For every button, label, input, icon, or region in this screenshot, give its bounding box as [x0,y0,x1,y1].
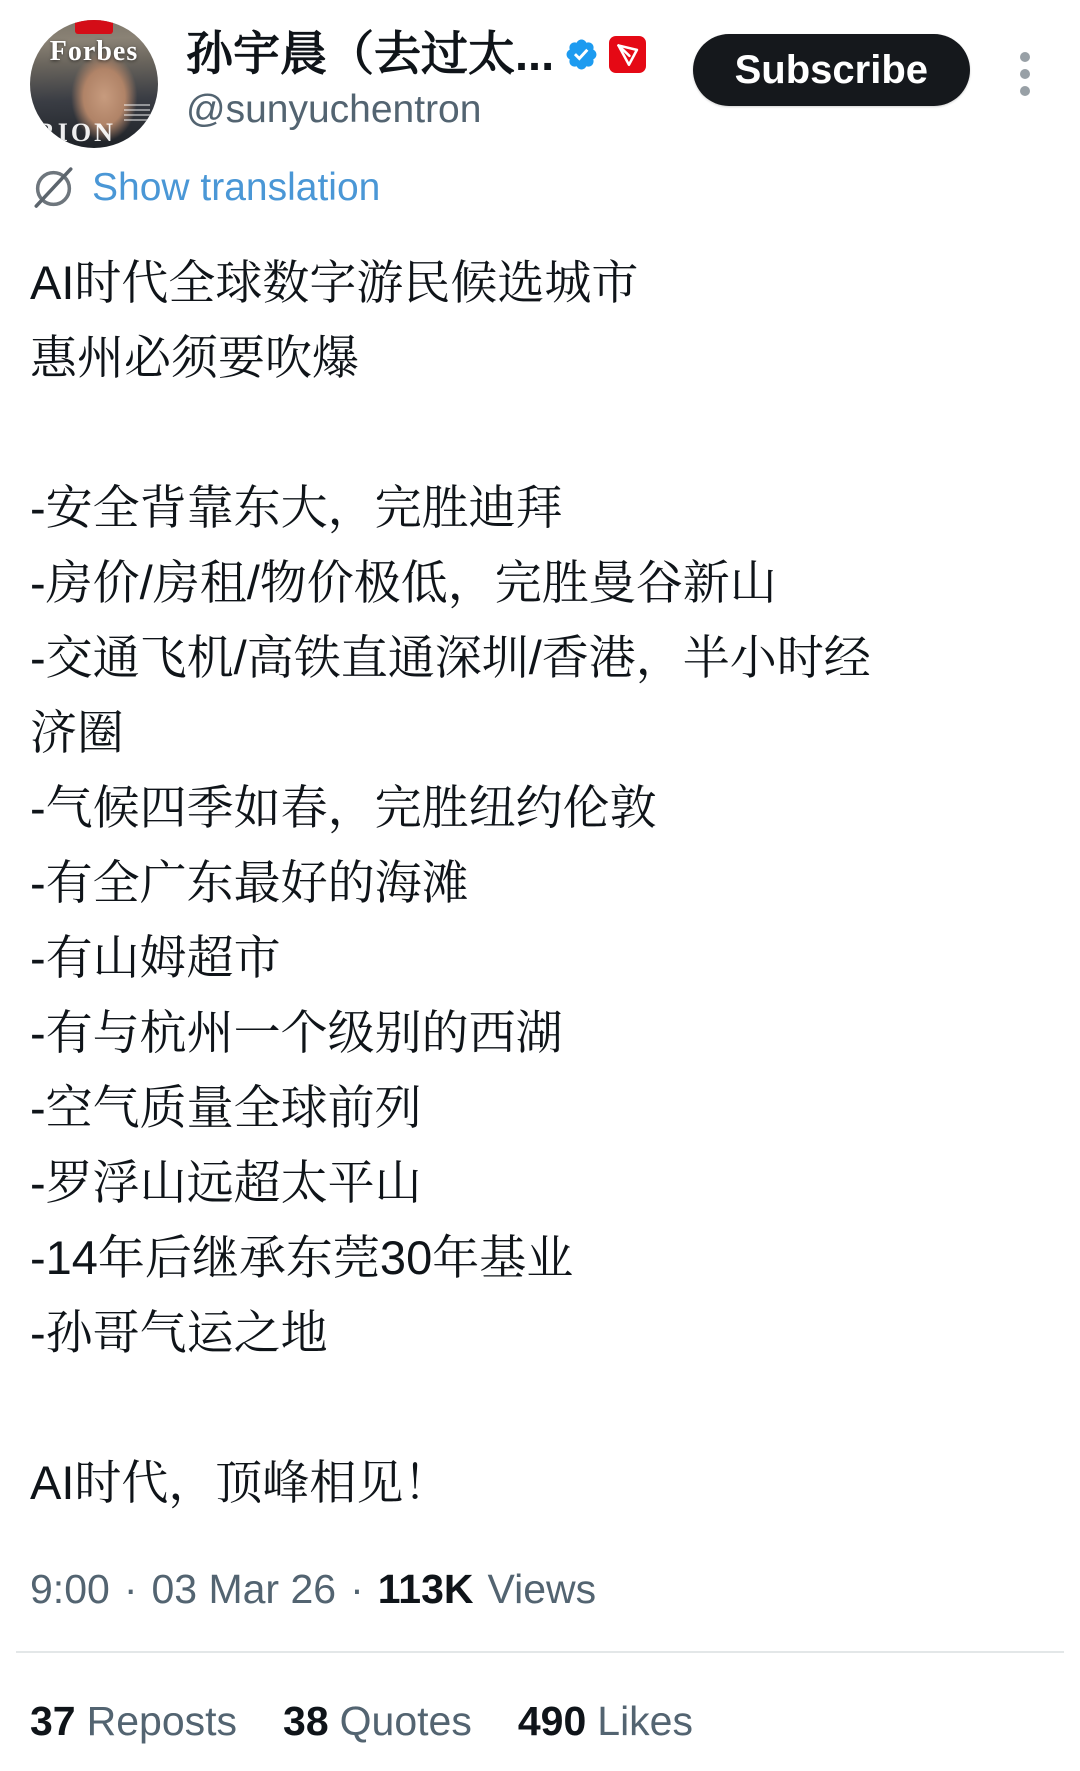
post-time: 9:00 [30,1565,110,1613]
views-count: 113K [378,1565,474,1613]
user-info: 孙宇晨（去过太... @sunyuchentron [186,20,646,133]
show-translation-link[interactable]: Show translation [30,164,1050,211]
forbes-logo-text: Forbes [30,36,158,68]
reposts-stat[interactable]: 37 Reposts [30,1697,237,1745]
more-dot [1020,69,1030,79]
post-date: 03 Mar 26 [151,1565,336,1613]
likes-label: Likes [597,1697,693,1745]
quotes-count: 38 [283,1697,329,1745]
show-translation-label: Show translation [92,164,380,211]
quotes-label: Quotes [340,1697,472,1745]
more-options-button[interactable] [1016,48,1034,100]
name-row: 孙宇晨（去过太... [186,26,646,82]
tweet-text: AI时代全球数字游民候选城市 惠州必须要吹爆 -安全背靠东大，完胜迪拜 -房价/… [30,245,1050,1520]
display-name[interactable]: 孙宇晨（去过太... [186,26,554,82]
subscribe-button[interactable]: Subscribe [693,34,970,106]
tweet-header: Forbes RION 孙宇晨（去过太... @sunyuchentron Su… [30,20,1050,148]
divider [16,1651,1064,1653]
forbes-red-tab [75,20,113,34]
translate-icon [30,164,77,211]
likes-count: 490 [518,1697,586,1745]
views-label: Views [488,1565,597,1613]
verified-badge-icon [564,37,599,72]
stats-row: 37 Reposts 38 Quotes 490 Likes [30,1697,1050,1745]
more-dot [1020,86,1030,96]
reposts-count: 37 [30,1697,76,1745]
timestamp-row: 9:00 · 03 Mar 26 · 113K Views [30,1565,1050,1613]
user-handle[interactable]: @sunyuchentron [186,87,646,133]
reposts-label: Reposts [87,1697,237,1745]
avatar-fine-print [124,104,150,122]
avatar[interactable]: Forbes RION [30,20,158,148]
tweet-post: Forbes RION 孙宇晨（去过太... @sunyuchentron Su… [0,0,1080,1771]
likes-stat[interactable]: 490 Likes [518,1697,693,1745]
meta-separator: · [350,1565,364,1613]
more-dot [1020,52,1030,62]
quotes-stat[interactable]: 38 Quotes [283,1697,472,1745]
tron-badge-icon [609,36,646,73]
meta-separator: · [124,1565,138,1613]
avatar-bottom-text: RION [36,118,116,148]
